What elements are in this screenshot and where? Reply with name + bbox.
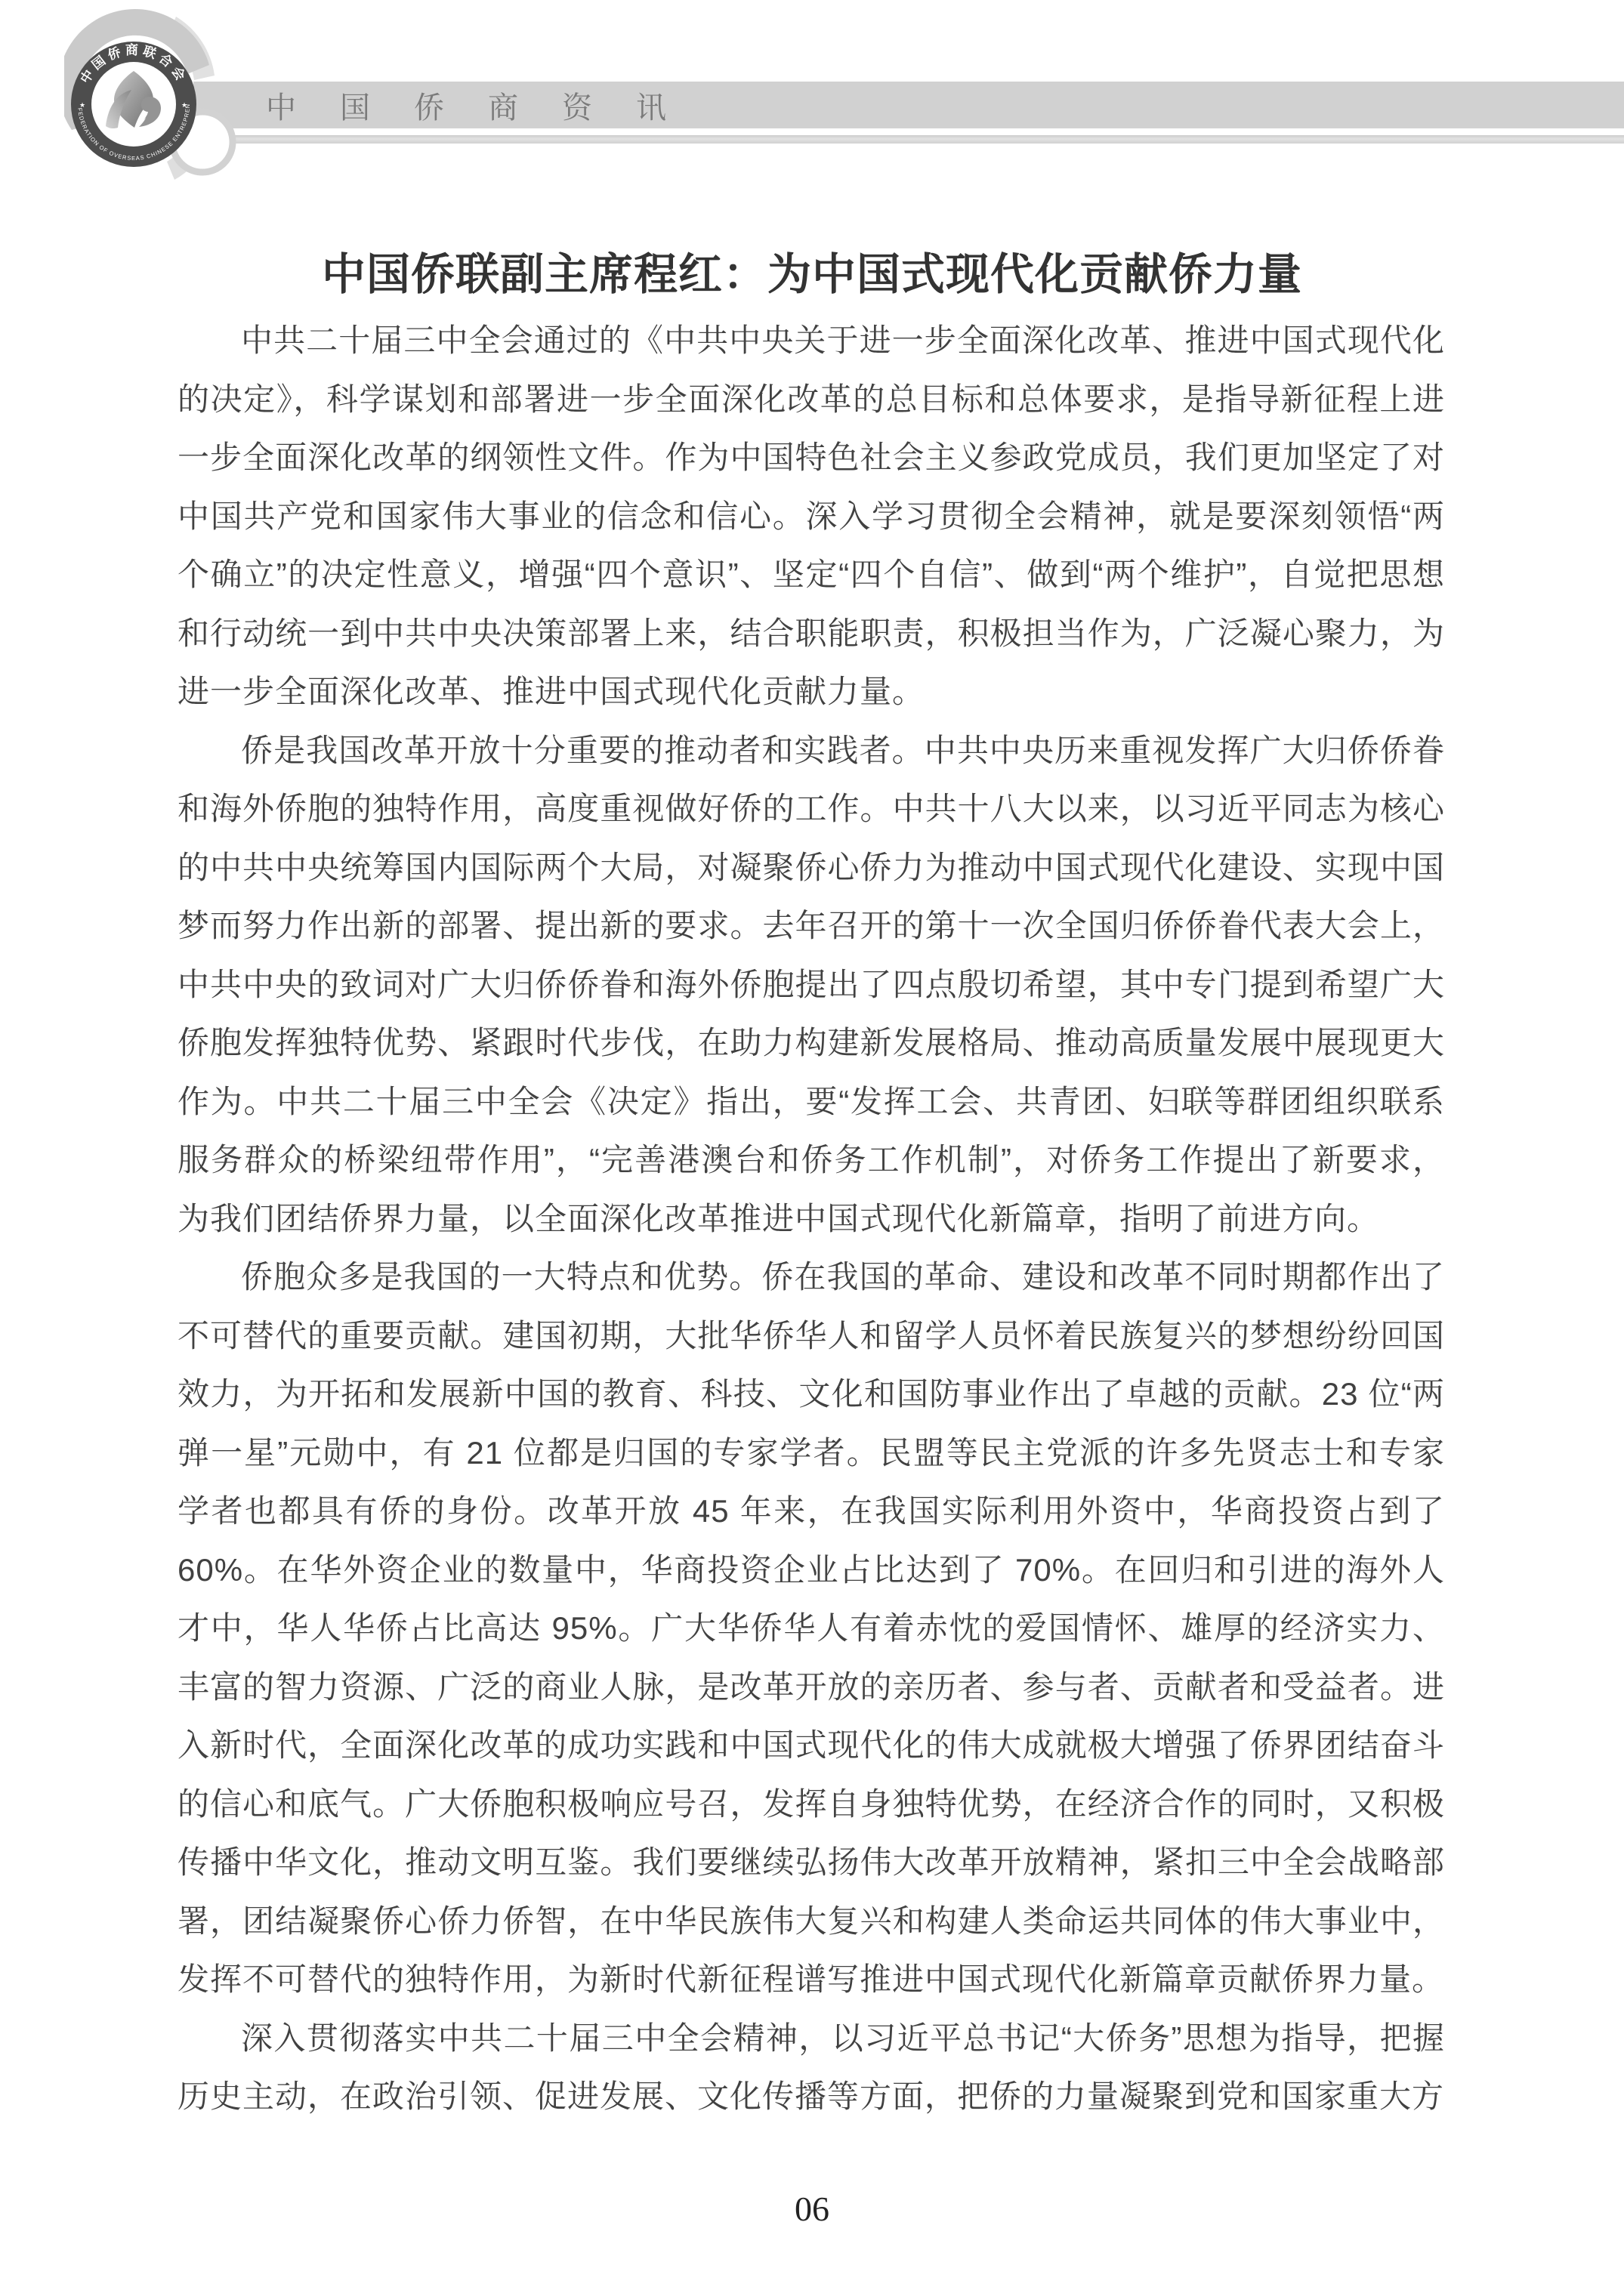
logo-star-left-icon: ★ xyxy=(79,101,85,109)
article-paragraph-4: 深入贯彻落实中共二十届三中全会精神，以习近平总书记“大侨务”思想为指导，把握历史… xyxy=(178,2009,1445,2126)
page-number: 06 xyxy=(0,2189,1624,2229)
magazine-page: 中国侨商资讯 中国侨商联合会 xyxy=(0,0,1624,2293)
header-banner-text: 中国侨商资讯 xyxy=(266,82,710,128)
header-rule xyxy=(227,135,1624,144)
article-body: 中共二十届三中全会通过的《中共中央关于进一步全面深化改革、推进中国式现代化的决定… xyxy=(178,311,1445,2126)
article-paragraph-2: 侨是我国改革开放十分重要的推动者和实践者。中共中央历来重视发挥广大归侨侨眷和海外… xyxy=(178,721,1445,1248)
article-paragraph-1: 中共二十届三中全会通过的《中共中央关于进一步全面深化改革、推进中国式现代化的决定… xyxy=(178,311,1445,721)
article-paragraph-3: 侨胞众多是我国的一大特点和优势。侨在我国的革命、建设和改革不同时期都作出了不可替… xyxy=(178,1248,1445,2009)
federation-logo: 中国侨商联合会 CHINA FEDERATION OF OVERSEAS CHI… xyxy=(64,6,253,184)
article-title: 中国侨联副主席程红：为中国式现代化贡献侨力量 xyxy=(0,239,1624,302)
logo-star-right-icon: ★ xyxy=(181,101,187,109)
